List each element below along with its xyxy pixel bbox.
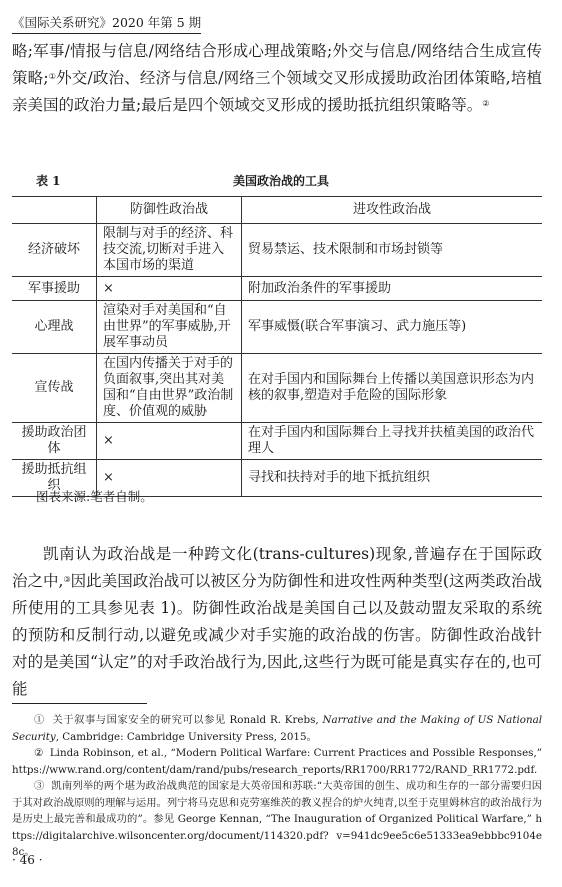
offensive-cell: 军事威慑(联合军事演习、武力施压等) xyxy=(242,301,543,354)
header-cell-empty xyxy=(12,197,97,224)
offensive-cell: 在对手国内和国际舞台上传播以美国意识形态为内核的叙事,塑造对手危险的国际形象 xyxy=(242,354,543,423)
footnote-mark: ③ xyxy=(34,780,44,792)
defensive-cell: 限制与对手的经济、科技交流,切断对手进入本国市场的渠道 xyxy=(97,224,242,277)
paragraph-main: 凯南认为政治战是一种跨文化(trans-cultures)现象,普遍存在于国际政… xyxy=(12,541,542,703)
footnote-2: ② Linda Robinson, et al., “Modern Politi… xyxy=(12,745,542,778)
paragraph-main-text-b: 因此美国政治战可以被区分为防御性和进攻性两种类型(这两类政治战所使用的工具参见表… xyxy=(12,572,542,698)
footnote-1: ① 关于叙事与国家安全的研究可以参见 Ronald R. Krebs, Narr… xyxy=(12,712,542,745)
footnote-text: 关于叙事与国家安全的研究可以参见 Ronald R. Krebs, xyxy=(52,714,322,726)
table-source-note: 图表来源:笔者自制。 xyxy=(36,487,153,505)
page-number: · 46 · xyxy=(12,853,43,867)
offensive-cell: 贸易禁运、技术限制和市场封锁等 xyxy=(242,224,543,277)
footnote-ref-3[interactable]: ③ xyxy=(63,575,70,584)
tools-table: 防御性政治战 进攻性政治战 经济破坏 限制与对手的经济、科技交流,切断对手进入本… xyxy=(12,196,542,497)
header-cell-defensive: 防御性政治战 xyxy=(97,197,242,224)
tool-cell: 援助政治团体 xyxy=(12,423,97,460)
table-title: 美国政治战的工具 xyxy=(0,172,562,189)
footnotes: ① 关于叙事与国家安全的研究可以参见 Ronald R. Krebs, Narr… xyxy=(12,712,542,861)
paragraph-top: 略;军事/情报与信息/网络结合形成心理战策略;外交与信息/网络结合生成宣传策略;… xyxy=(12,38,542,119)
tool-cell: 经济破坏 xyxy=(12,224,97,277)
header-cell-offensive: 进攻性政治战 xyxy=(242,197,543,224)
footnote-text: , Cambridge: Cambridge University Press,… xyxy=(56,731,317,743)
paragraph-top-text-b: 外交/政治、经济与信息/网络三个领域交叉形成援助政治团体策略,培植亲美国的政治力… xyxy=(12,69,542,114)
table-row: 经济破坏 限制与对手的经济、科技交流,切断对手进入本国市场的渠道 贸易禁运、技术… xyxy=(12,224,542,277)
footnote-3: ③ 凯南列举的两个堪为政治战典范的国家是大英帝国和苏联:“大英帝国的创生、成功和… xyxy=(12,778,542,861)
table-row: 军事援助 × 附加政治条件的军事援助 xyxy=(12,277,542,301)
footnote-ref-1[interactable]: ① xyxy=(49,72,57,81)
table-row: 宣传战 在国内传播关于对手的负面叙事,突出其对美国和“自由世界”政治制度、价值观… xyxy=(12,354,542,423)
table-row: 援助政治团体 × 在对手国内和国际舞台上寻找并扶植美国的政治代理人 xyxy=(12,423,542,460)
tool-cell: 心理战 xyxy=(12,301,97,354)
tool-cell: 军事援助 xyxy=(12,277,97,301)
footnote-ref-2[interactable]: ② xyxy=(482,99,489,108)
defensive-cell: 在国内传播关于对手的负面叙事,突出其对美国和“自由世界”政治制度、价值观的威胁 xyxy=(97,354,242,423)
running-head: 《国际关系研究》2020 年第 5 期 xyxy=(12,13,201,34)
footnote-mark: ① xyxy=(34,714,45,726)
defensive-cell: 渲染对手对美国和“自由世界”的军事威胁,开展军事动员 xyxy=(97,301,242,354)
offensive-cell: 寻找和扶持对手的地下抵抗组织 xyxy=(242,460,543,497)
tool-cell: 宣传战 xyxy=(12,354,97,423)
footnote-mark: ② xyxy=(34,747,43,759)
defensive-cell: × xyxy=(97,277,242,301)
table-header-row: 防御性政治战 进攻性政治战 xyxy=(12,197,542,224)
offensive-cell: 附加政治条件的军事援助 xyxy=(242,277,543,301)
footnote-divider xyxy=(12,703,147,704)
table-row: 心理战 渲染对手对美国和“自由世界”的军事威胁,开展军事动员 军事威慑(联合军事… xyxy=(12,301,542,354)
offensive-cell: 在对手国内和国际舞台上寻找并扶植美国的政治代理人 xyxy=(242,423,543,460)
footnote-text[interactable]: Linda Robinson, et al., “Modern Politica… xyxy=(12,747,542,776)
footnote-text[interactable]: 凯南列举的两个堪为政治战典范的国家是大英帝国和苏联:“大英帝国的创生、成功和生存… xyxy=(12,780,542,858)
defensive-cell: × xyxy=(97,423,242,460)
